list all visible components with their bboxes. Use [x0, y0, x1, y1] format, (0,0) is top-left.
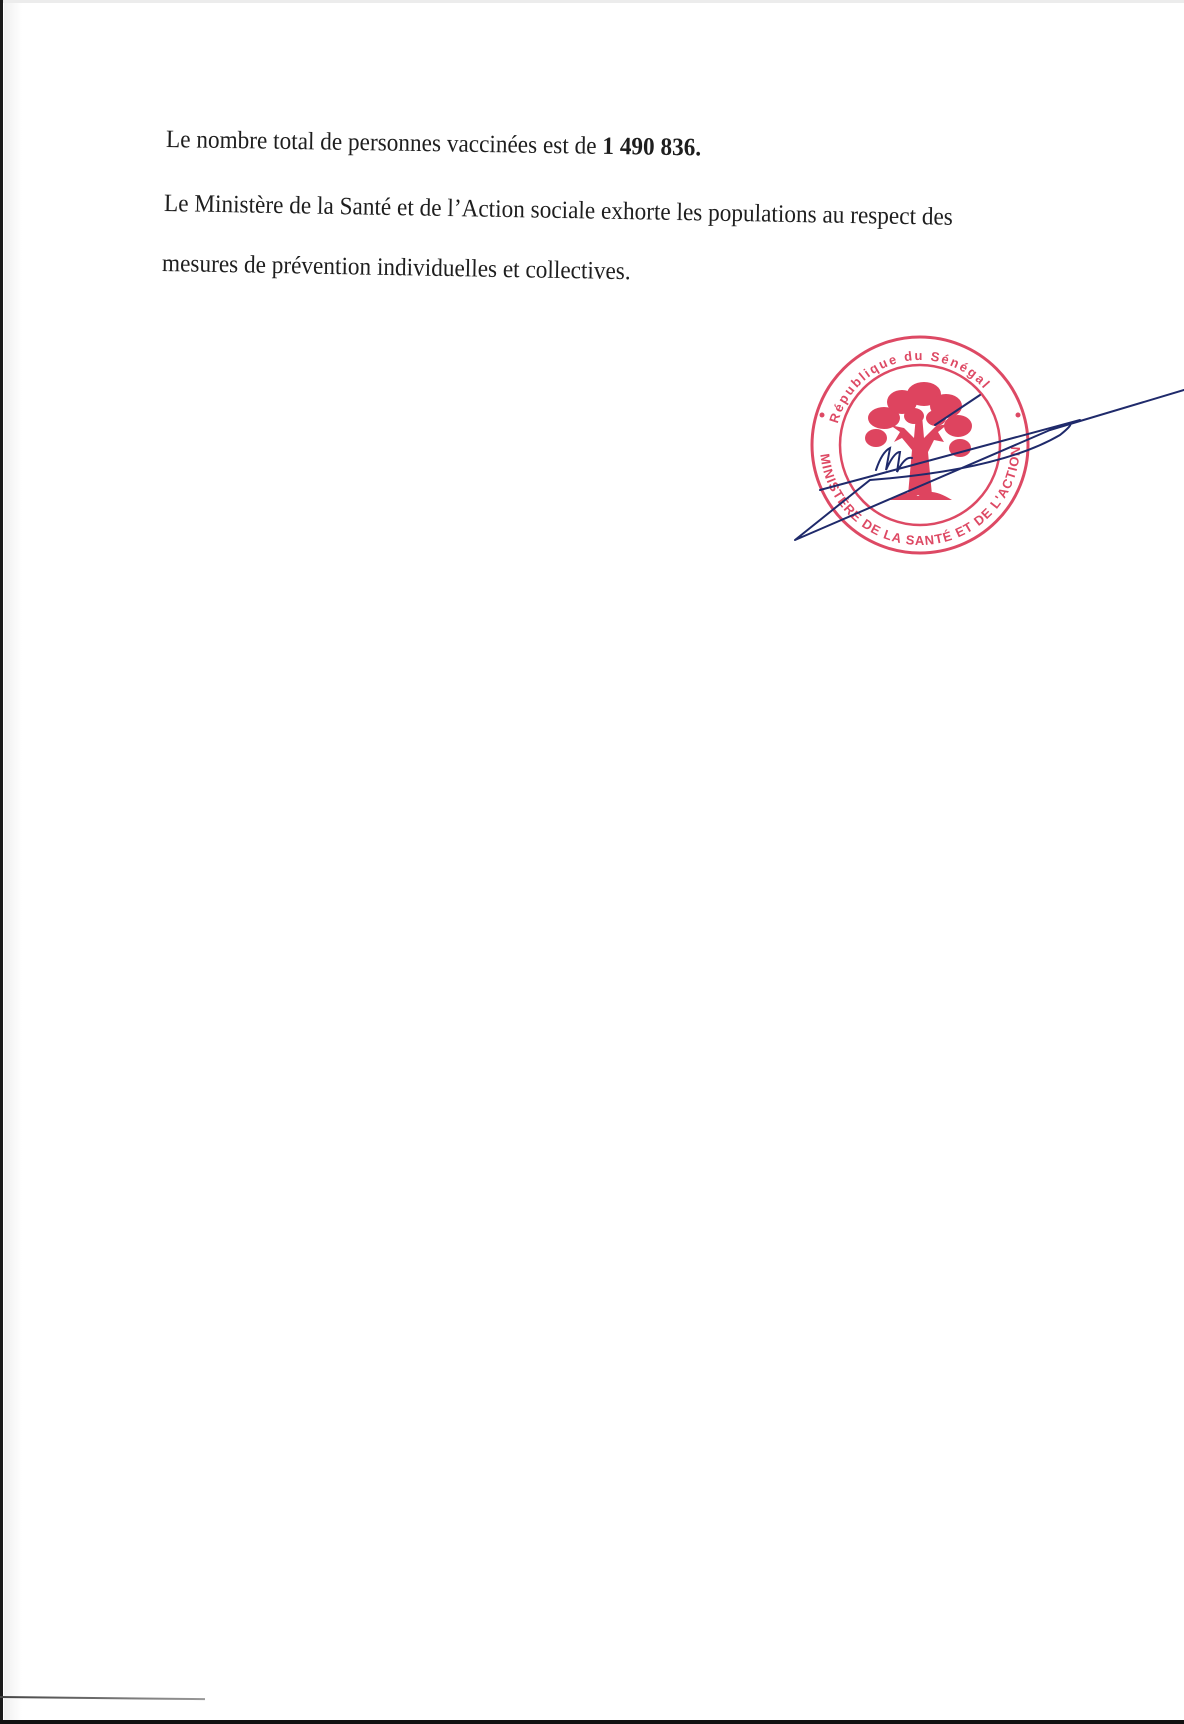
signature: [0, 0, 1184, 1724]
signature-pen-icon: [795, 390, 1184, 540]
